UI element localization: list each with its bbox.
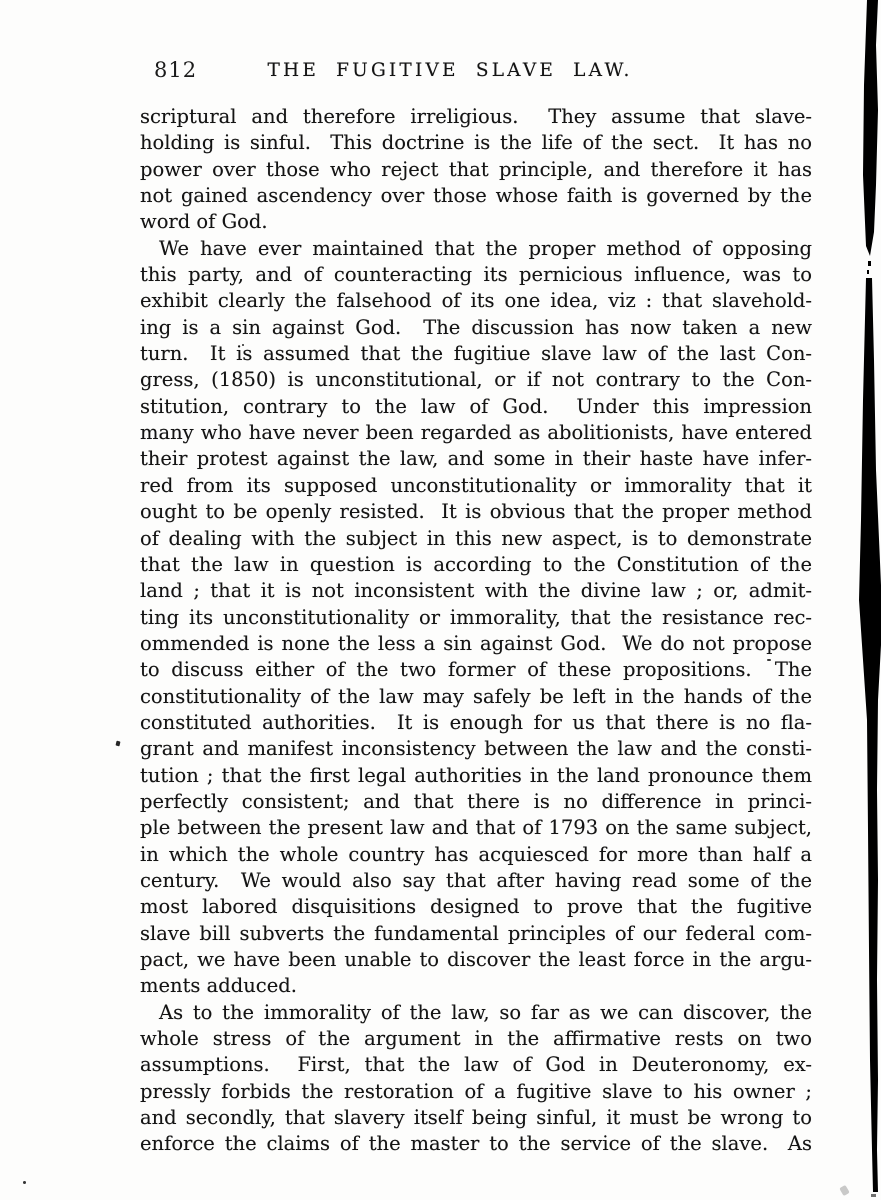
text-line: and secondly, that slavery itself being …: [140, 1105, 812, 1131]
text-line: whole stress of the argument in the affi…: [140, 1026, 812, 1052]
page-number: 812: [154, 58, 197, 82]
ink-speck: [767, 659, 771, 661]
text-line: most labored disquisitions designed to p…: [140, 894, 812, 920]
text-line: enforce the claims of the master to the …: [140, 1131, 812, 1157]
text-line: slave bill subverts the fundamental prin…: [140, 921, 812, 947]
text-line: ought to be openly resisted. It is obvio…: [140, 499, 812, 525]
text-line: red from its supposed unconstitutionalit…: [140, 473, 812, 499]
text-line: that the law in question is according to…: [140, 552, 812, 578]
text-line: their protest against the law, and some …: [140, 446, 812, 472]
text-line: not gained ascendency over those whose f…: [140, 183, 812, 209]
book-page: 812 THE FUGITIVE SLAVE LAW. scriptural a…: [0, 0, 881, 1200]
scan-smudge: [839, 1185, 850, 1196]
page-body: scriptural and therefore irreligious. Th…: [140, 104, 812, 1158]
text-line: pressly forbids the restoration of a fug…: [140, 1079, 812, 1105]
text-line: this party, and of counteracting its per…: [140, 262, 812, 288]
text-line: land ; that it is not inconsistent with …: [140, 578, 812, 604]
text-line: holding is sinful. This doctrine is the …: [140, 130, 812, 156]
text-line: constitutionality of the law may safely …: [140, 684, 812, 710]
text-line: ting its unconstitutionality or immorali…: [140, 605, 812, 631]
text-line: power over those who reject that princip…: [140, 157, 812, 183]
text-line: to discuss either of the two former of t…: [140, 657, 812, 683]
text-line: tution ; that the first legal authoritie…: [140, 763, 812, 789]
text-line: exhibit clearly the falsehood of its one…: [140, 288, 812, 314]
page-header: 812 THE FUGITIVE SLAVE LAW.: [0, 0, 881, 95]
text-line: many who have never been regarded as abo…: [140, 420, 812, 446]
text-line: turn. It is assumed that the fugitiue sl…: [140, 341, 812, 367]
paragraph: scriptural and therefore irreligious. Th…: [140, 104, 812, 236]
text-line: ple between the present law and that of …: [140, 815, 812, 841]
text-line: ing is a sin against God. The discussion…: [140, 315, 812, 341]
text-line: assumptions. First, that the law of God …: [140, 1052, 812, 1078]
paragraph: We have ever maintained that the proper …: [140, 236, 812, 1000]
ink-speck: [242, 344, 244, 346]
text-line: word of God.: [140, 209, 812, 235]
text-line: stitution, contrary to the law of God. U…: [140, 394, 812, 420]
running-title: THE FUGITIVE SLAVE LAW.: [267, 60, 632, 81]
text-line: perfectly consistent; and that there is …: [140, 789, 812, 815]
text-line: grant and manifest inconsistency between…: [140, 736, 812, 762]
text-line: gress, (1850) is unconstitutional, or if…: [140, 367, 812, 393]
ink-speck: [115, 741, 120, 747]
text-line: We have ever maintained that the proper …: [140, 236, 812, 262]
text-line: As to the immorality of the law, so far …: [140, 1000, 812, 1026]
paragraph: As to the immorality of the law, so far …: [140, 1000, 812, 1158]
ink-speck: [23, 1181, 26, 1184]
text-line: constituted authorities. It is enough fo…: [140, 710, 812, 736]
text-line: ommended is none the less a sin against …: [140, 631, 812, 657]
text-line: in which the whole country has acquiesce…: [140, 842, 812, 868]
text-line: scriptural and therefore irreligious. Th…: [140, 104, 812, 130]
text-line: pact, we have been unable to discover th…: [140, 947, 812, 973]
text-line: ments adduced.: [140, 973, 812, 999]
text-line: of dealing with the subject in this new …: [140, 526, 812, 552]
text-line: century. We would also say that after ha…: [140, 868, 812, 894]
